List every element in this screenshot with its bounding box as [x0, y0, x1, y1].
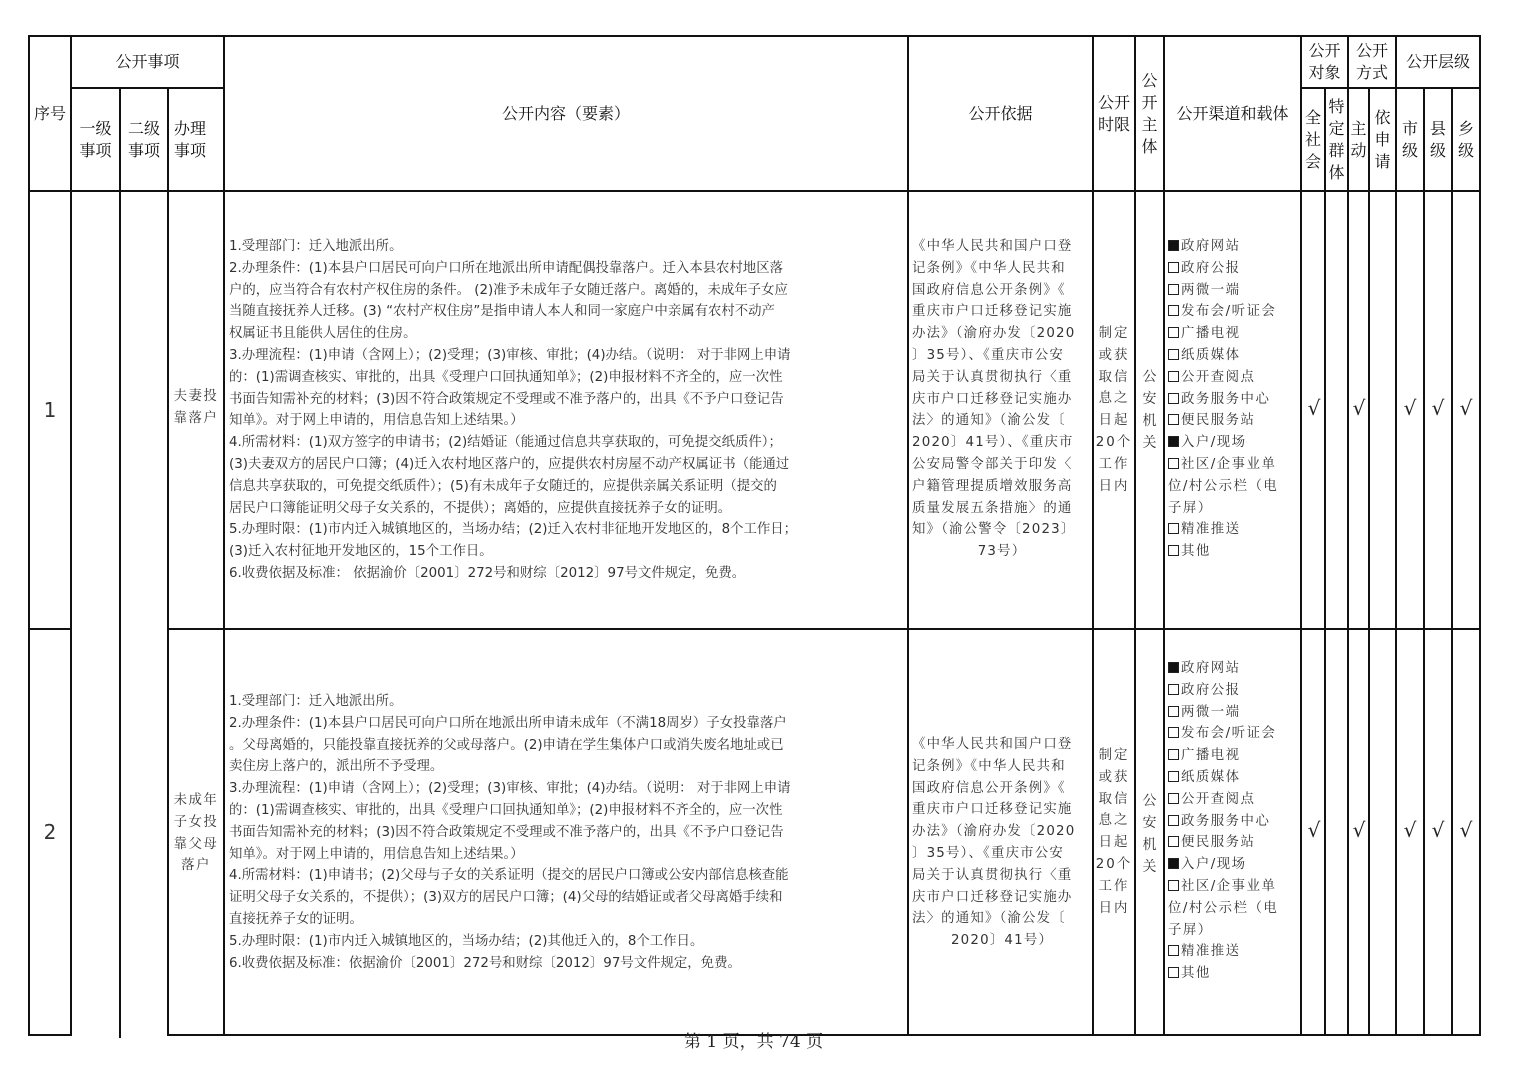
- header-level-town: 乡级: [1453, 89, 1479, 190]
- header-time-line1: 公开: [1098, 92, 1130, 114]
- content-line: 信息共享获取的，可免提交纸质件）；(5)有未成年子女随迁的，应提供亲属关系证明（…: [229, 476, 797, 498]
- header-bottom-border: [28, 190, 1481, 192]
- header-active-c1: 主: [1350, 118, 1366, 140]
- subject-char: 安: [1136, 812, 1163, 834]
- time-line: 日内: [1094, 898, 1134, 920]
- unchecked-box-icon: [1168, 836, 1179, 847]
- basis-line: 办法》（渝府办发〔2020: [912, 821, 1092, 843]
- basis-line: 〕35号）、《重庆市公安: [912, 345, 1092, 367]
- subject-char: 机: [1136, 834, 1163, 856]
- header-level: 公开层级: [1397, 37, 1479, 87]
- content-line: 1.受理部门：迁入地派出所。: [229, 236, 797, 258]
- basis-line: 重庆市户口迁移登记实施: [912, 301, 1092, 323]
- content-line: 知单》。对于网上申请的，用信息告知上述结果。）: [229, 844, 791, 866]
- unchecked-box-icon: [1168, 393, 1179, 404]
- header-method-line2: 方式: [1356, 62, 1388, 84]
- basis-line: 公安局警令部关于印发〈: [912, 454, 1092, 476]
- header-request-c2: 申: [1374, 129, 1390, 151]
- channel-item: 精准推送: [1168, 941, 1300, 963]
- channel-label: 两微一端: [1181, 283, 1241, 298]
- channel-label: 广播电视: [1181, 748, 1241, 763]
- content-line: 证明父母子女关系的，不提供）；(3)双方的居民户口簿；(4)父母的结婚证或者父母…: [229, 887, 791, 909]
- channel-label: 政务服务中心: [1181, 392, 1270, 407]
- unchecked-box-icon: [1168, 684, 1179, 695]
- basis-line: 知》（渝公警令〔2023〕: [912, 519, 1092, 541]
- content-line: (3)夫妻双方的居民户口簿；(4)迁入农村地区落户的，应提供农村房屋不动产权属证…: [229, 454, 797, 476]
- channel-label-cont: 子屏）: [1168, 920, 1300, 942]
- channel-item: 广播电视: [1168, 323, 1300, 345]
- header-handle-line2: 事项: [174, 140, 206, 162]
- row-time-limit: 制定 或获 取信 息之 日起 20个 工作 日内: [1094, 745, 1134, 919]
- basis-line: 办法》（渝府办发〔2020: [912, 323, 1092, 345]
- content-line: 知单》。对于网上申请的，用信息告知上述结果。）: [229, 410, 797, 432]
- header-spec-c3: 群: [1328, 140, 1344, 162]
- channel-label: 公开查阅点: [1181, 792, 1255, 807]
- subject-char: 关: [1136, 856, 1163, 878]
- channel-item: 公开查阅点: [1168, 789, 1300, 811]
- basis-line: 法〉的通知》（渝公发〔: [912, 908, 1092, 930]
- basis-line: 2020〕41号）: [912, 930, 1092, 952]
- basis-line: 庆市户口迁移登记实施办: [912, 389, 1092, 411]
- header-level1-line1: 一级: [79, 118, 111, 140]
- bottom-border-seq: [28, 1034, 72, 1036]
- header-handle: 办理事项: [169, 89, 211, 190]
- header-content: 公开内容（要素）: [225, 37, 907, 190]
- check-mark-all-society: √: [1302, 396, 1326, 420]
- channel-label: 公开查阅点: [1181, 370, 1255, 385]
- channel-label: 入户/现场: [1181, 435, 1247, 450]
- channel-item: 精准推送: [1168, 519, 1300, 541]
- row-seq: 1: [29, 398, 71, 422]
- content-line: 1.受理部门：迁入地派出所。: [229, 691, 791, 713]
- basis-line: 〕35号）、《重庆市公安: [912, 843, 1092, 865]
- header-city-c2: 级: [1402, 140, 1418, 162]
- basis-line: 《中华人民共和国户口登: [912, 236, 1092, 258]
- subject-char: 关: [1136, 432, 1163, 454]
- time-line: 日起: [1094, 832, 1134, 854]
- row-handle-matter: 夫妻投 靠落户: [169, 386, 223, 430]
- basis-line: 73号）: [912, 541, 1092, 563]
- handle-line: 子女投: [169, 812, 223, 834]
- time-line: 工作: [1094, 876, 1134, 898]
- header-level2-line2: 事项: [128, 140, 160, 162]
- content-line: 4.所需材料：(1)申请书；(2)父母与子女的关系证明（提交的居民户口簿或公安内…: [229, 865, 791, 887]
- check-mark-town: √: [1454, 818, 1478, 842]
- channel-label: 政府网站: [1181, 239, 1241, 254]
- basis-line: 质量发展五条措施〉的通: [912, 498, 1092, 520]
- header-spec-c2: 定: [1328, 118, 1344, 140]
- header-request-c1: 依: [1374, 107, 1390, 129]
- checked-box-icon: [1168, 662, 1179, 673]
- unchecked-box-icon: [1168, 414, 1179, 425]
- content-line: 3.办理流程：(1)申请（含网上）；(2)受理；(3)审核、审批；(4)办结。（…: [229, 345, 797, 367]
- content-line: 6.收费依据及标准： 依据渝价〔2001〕272号和财综〔2012〕97号文件规…: [229, 563, 797, 585]
- header-channels: 公开渠道和载体: [1165, 37, 1300, 190]
- header-method-active: 主动: [1349, 89, 1368, 190]
- header-all-c1: 全: [1305, 107, 1321, 129]
- content-line: 居民户口簿能证明父母子女关系的，不提供）；离婚的，应提供直接抚养子女的证明。: [229, 498, 797, 520]
- row-content: 1.受理部门：迁入地派出所。 2.办理条件：(1)本县户口居民可向户口所在地派出…: [229, 236, 797, 585]
- col-border-level2: [167, 88, 169, 1036]
- basis-line: 重庆市户口迁移登记实施: [912, 799, 1092, 821]
- header-audience-specific: 特定群体: [1326, 89, 1347, 190]
- checked-box-icon: [1168, 858, 1179, 869]
- handle-line: 靠落户: [169, 408, 223, 430]
- header-subject: 公开主体: [1136, 37, 1163, 190]
- content-line: 的：(1)需调查核实、审批的，出具《受理户口回执通知单》；(2)申报材料不齐全的…: [229, 800, 791, 822]
- channel-label: 精准推送: [1181, 944, 1241, 959]
- row-time-limit: 制定 或获 取信 息之 日起 20个 工作 日内: [1094, 323, 1134, 497]
- content-line: 3.办理流程：(1)申请（含网上）；(2)受理；(3)审核、审批；(4)办结。（…: [229, 778, 791, 800]
- col-border-active: [1368, 88, 1370, 1036]
- header-time-line2: 时限: [1098, 114, 1130, 136]
- header-public-matters: 公开事项: [72, 37, 223, 87]
- content-line: 直接抚养子女的证明。: [229, 909, 791, 931]
- unchecked-box-icon: [1168, 371, 1179, 382]
- time-line: 日起: [1094, 410, 1134, 432]
- header-subject-c1: 公: [1141, 70, 1157, 92]
- col-border-city: [1423, 88, 1425, 1036]
- channel-item: 其他: [1168, 963, 1300, 985]
- header-audience-line1: 公开: [1308, 40, 1340, 62]
- channel-item: 纸质媒体: [1168, 345, 1300, 367]
- time-line: 20个: [1094, 854, 1134, 876]
- basis-line: 2020〕41号）、《重庆市: [912, 432, 1092, 454]
- unchecked-box-icon: [1168, 727, 1179, 738]
- subject-char: 安: [1136, 388, 1163, 410]
- header-level1: 一级事项: [72, 89, 119, 190]
- header-seq: 序号: [30, 37, 70, 190]
- time-line: 取信: [1094, 367, 1134, 389]
- row-basis: 《中华人民共和国户口登 记条例》《中华人民共和 国政府信息公开条例》《 重庆市户…: [912, 236, 1092, 563]
- header-handle-line1: 办理: [174, 118, 206, 140]
- header-request-c3: 请: [1374, 151, 1390, 173]
- row-content: 1.受理部门：迁入地派出所。 2.办理条件：(1)本县户口居民可向户口所在地派出…: [229, 691, 791, 974]
- channel-label: 纸质媒体: [1181, 348, 1241, 363]
- check-mark-city: √: [1398, 818, 1422, 842]
- time-line: 日内: [1094, 476, 1134, 498]
- content-line: 的：(1)需调查核实、审批的，出具《受理户口回执通知单》；(2)申报材料不齐全的…: [229, 367, 797, 389]
- channel-label: 便民服务站: [1181, 835, 1255, 850]
- channel-label: 发布会/听证会: [1181, 304, 1276, 319]
- channel-item: 公开查阅点: [1168, 367, 1300, 389]
- unchecked-box-icon: [1168, 815, 1179, 826]
- unchecked-box-icon: [1168, 327, 1179, 338]
- check-mark-active: √: [1347, 396, 1371, 420]
- channel-item: 入户/现场: [1168, 432, 1300, 454]
- channel-item: 纸质媒体: [1168, 767, 1300, 789]
- row-divider-seq: [28, 628, 72, 630]
- channel-item: 广播电视: [1168, 745, 1300, 767]
- content-line: 当随直接抚养人迁移。(3) “农村产权住房”是指申请人本人和同一家庭户中亲属有农…: [229, 301, 797, 323]
- channel-label-cont: 位/村公示栏（电: [1168, 898, 1300, 920]
- channel-label: 政务服务中心: [1181, 814, 1270, 829]
- unchecked-box-icon: [1168, 458, 1179, 469]
- check-mark-county: √: [1426, 396, 1450, 420]
- unchecked-box-icon: [1168, 880, 1179, 891]
- col-border-county: [1451, 88, 1453, 1036]
- content-line: 6.收费依据及标准：依据渝价〔2001〕272号和财综〔2012〕97号文件规定…: [229, 953, 791, 975]
- subject-char: 公: [1136, 790, 1163, 812]
- header-time-limit: 公开时限: [1094, 37, 1134, 190]
- row-subject: 公 安 机 关: [1136, 790, 1163, 878]
- channel-item: 便民服务站: [1168, 832, 1300, 854]
- basis-line: 国政府信息公开条例》《: [912, 778, 1092, 800]
- channel-item: 社区/企事业单: [1168, 876, 1300, 898]
- unchecked-box-icon: [1168, 706, 1179, 717]
- time-line: 或获: [1094, 767, 1134, 789]
- content-line: 卖住房上落户的，派出所不予受理。: [229, 756, 791, 778]
- row-seq: 2: [29, 820, 71, 844]
- row-basis: 《中华人民共和国户口登 记条例》《中华人民共和 国政府信息公开条例》《 重庆市户…: [912, 734, 1092, 952]
- header-town-c1: 乡: [1458, 118, 1474, 140]
- channel-item: 入户/现场: [1168, 854, 1300, 876]
- header-county-c2: 级: [1430, 140, 1446, 162]
- check-mark-county: √: [1426, 818, 1450, 842]
- channel-label-cont: 位/村公示栏（电: [1168, 476, 1300, 498]
- channel-label: 便民服务站: [1181, 413, 1255, 428]
- header-county-c1: 县: [1430, 118, 1446, 140]
- basis-line: 庆市户口迁移登记实施办: [912, 887, 1092, 909]
- handle-line: 夫妻投: [169, 386, 223, 408]
- unchecked-box-icon: [1168, 771, 1179, 782]
- time-line: 取信: [1094, 789, 1134, 811]
- content-line: 2.办理条件：(1)本县户口居民可向户口所在地派出所申请未成年（不满18周岁）子…: [229, 713, 791, 735]
- header-all-c3: 会: [1305, 151, 1321, 173]
- header-level2: 二级事项: [121, 89, 167, 190]
- header-town-c2: 级: [1458, 140, 1474, 162]
- channel-item: 两微一端: [1168, 702, 1300, 724]
- content-line: 权属证书且能供人居住的住房。: [229, 323, 797, 345]
- col-border-right: [1479, 35, 1481, 1036]
- channel-item: 便民服务站: [1168, 410, 1300, 432]
- subject-char: 公: [1136, 366, 1163, 388]
- unchecked-box-icon: [1168, 793, 1179, 804]
- time-line: 息之: [1094, 810, 1134, 832]
- bottom-border-main: [167, 1034, 1481, 1036]
- basis-line: 法〉的通知》（渝公发〔: [912, 410, 1092, 432]
- content-line: 5.办理时限：(1)市内迁入城镇地区的，当场办结；(2)其他迁入的，8个工作日。: [229, 931, 791, 953]
- check-mark-town: √: [1454, 396, 1478, 420]
- check-mark-all-society: √: [1302, 818, 1326, 842]
- handle-line: 落户: [169, 855, 223, 877]
- channel-label: 广播电视: [1181, 326, 1241, 341]
- unchecked-box-icon: [1168, 945, 1179, 956]
- channel-item: 政务服务中心: [1168, 389, 1300, 411]
- time-line: 制定: [1094, 745, 1134, 767]
- content-line: 2.办理条件：(1)本县户口居民可向户口所在地派出所申请配偶投靠落户。迁入本县农…: [229, 258, 797, 280]
- basis-line: 《中华人民共和国户口登: [912, 734, 1092, 756]
- header-subject-c3: 主: [1141, 114, 1157, 136]
- check-mark-city: √: [1398, 396, 1422, 420]
- header-all-c2: 社: [1305, 129, 1321, 151]
- channel-item: 政府网站: [1168, 658, 1300, 680]
- unchecked-box-icon: [1168, 749, 1179, 760]
- channel-item: 其他: [1168, 541, 1300, 563]
- basis-line: 局关于认真贯彻执行〈重: [912, 865, 1092, 887]
- header-level-city: 市级: [1397, 89, 1423, 190]
- row-handle-matter: 未成年 子女投 靠父母 落户: [169, 790, 223, 877]
- unchecked-box-icon: [1168, 523, 1179, 534]
- unchecked-box-icon: [1168, 967, 1179, 978]
- channel-label: 入户/现场: [1181, 857, 1247, 872]
- unchecked-box-icon: [1168, 545, 1179, 556]
- col-border-level1: [119, 88, 121, 1038]
- basis-line: 国政府信息公开条例》《: [912, 280, 1092, 302]
- header-subject-c4: 体: [1141, 136, 1157, 158]
- channel-item: 社区/企事业单: [1168, 454, 1300, 476]
- row-channels: 政府网站 政府公报 两微一端 发布会/听证会 广播电视 纸质媒体 公开查阅点 政…: [1168, 658, 1300, 985]
- row-subject: 公 安 机 关: [1136, 366, 1163, 454]
- header-level2-line1: 二级: [128, 118, 160, 140]
- content-line: 4.所需材料：(1)双方签字的申请书；(2)结婚证（能通过信息共享获取的，可免提…: [229, 432, 797, 454]
- channel-label: 发布会/听证会: [1181, 726, 1276, 741]
- channel-label: 精准推送: [1181, 522, 1241, 537]
- channel-label: 社区/企事业单: [1181, 879, 1276, 894]
- basis-line: 局关于认真贯彻执行〈重: [912, 367, 1092, 389]
- row-divider-main: [167, 628, 1481, 630]
- basis-line: 户籍管理提质增效服务高: [912, 476, 1092, 498]
- subject-char: 机: [1136, 410, 1163, 432]
- handle-line: 未成年: [169, 790, 223, 812]
- header-audience-line2: 对象: [1308, 62, 1340, 84]
- channel-label: 政府网站: [1181, 661, 1241, 676]
- channel-label: 纸质媒体: [1181, 770, 1241, 785]
- time-line: 息之: [1094, 388, 1134, 410]
- content-line: 户的，应当符合有农村产权住房的条件。 (2)准予未成年子女随迁落户。离婚的，未成…: [229, 280, 797, 302]
- header-spec-c1: 特: [1328, 96, 1344, 118]
- handle-line: 靠父母: [169, 834, 223, 856]
- unchecked-box-icon: [1168, 349, 1179, 360]
- checked-box-icon: [1168, 240, 1179, 251]
- content-line: 5.办理时限：(1)市内迁入城镇地区的，当场办结；(2)迁入农村非征地开发地区的…: [229, 519, 797, 541]
- channel-label: 社区/企事业单: [1181, 457, 1276, 472]
- header-level-county: 县级: [1425, 89, 1451, 190]
- channel-item: 政府公报: [1168, 680, 1300, 702]
- header-method-request: 依申请: [1370, 89, 1395, 190]
- header-audience: 公开对象: [1302, 37, 1347, 87]
- header-city-c1: 市: [1402, 118, 1418, 140]
- content-line: (3)迁入农村征地开发地区的，15个工作日。: [229, 541, 797, 563]
- channel-item: 政府网站: [1168, 236, 1300, 258]
- checked-box-icon: [1168, 436, 1179, 447]
- basis-line: 记条例》《中华人民共和: [912, 258, 1092, 280]
- content-line: 书面告知需补充的材料；(3)因不符合政策规定不受理或不准予落户的，出具《不予户口…: [229, 389, 797, 411]
- channel-label: 政府公报: [1181, 683, 1241, 698]
- header-active-c2: 动: [1350, 140, 1366, 162]
- unchecked-box-icon: [1168, 305, 1179, 316]
- header-method-line1: 公开: [1356, 40, 1388, 62]
- content-line: 书面告知需补充的材料；(3)因不符合政策规定不受理或不准予落户的，出具《不予户口…: [229, 822, 791, 844]
- header-audience-all: 全社会: [1302, 89, 1324, 190]
- unchecked-box-icon: [1168, 284, 1179, 295]
- time-line: 20个: [1094, 432, 1134, 454]
- header-spec-c4: 体: [1328, 162, 1344, 184]
- header-basis: 公开依据: [909, 37, 1092, 190]
- row-channels: 政府网站 政府公报 两微一端 发布会/听证会 广播电视 纸质媒体 公开查阅点 政…: [1168, 236, 1300, 563]
- header-subject-c2: 开: [1141, 92, 1157, 114]
- time-line: 制定: [1094, 323, 1134, 345]
- check-mark-active: √: [1347, 818, 1371, 842]
- time-line: 或获: [1094, 345, 1134, 367]
- channel-label: 政府公报: [1181, 261, 1241, 276]
- time-line: 工作: [1094, 454, 1134, 476]
- content-line: 。父母离婚的，只能投靠直接抚养的父或母落户。(2)申请在学生集体户口或消失废名地…: [229, 735, 791, 757]
- channel-label-cont: 子屏）: [1168, 498, 1300, 520]
- channel-label: 其他: [1181, 544, 1211, 559]
- header-level1-line2: 事项: [79, 140, 111, 162]
- channel-item: 发布会/听证会: [1168, 723, 1300, 745]
- col-border-all: [1324, 88, 1326, 1036]
- unchecked-box-icon: [1168, 262, 1179, 273]
- channel-item: 政务服务中心: [1168, 811, 1300, 833]
- basis-line: 记条例》《中华人民共和: [912, 756, 1092, 778]
- channel-item: 政府公报: [1168, 258, 1300, 280]
- channel-label: 两微一端: [1181, 705, 1241, 720]
- channel-item: 两微一端: [1168, 280, 1300, 302]
- header-method: 公开方式: [1349, 37, 1395, 87]
- channel-label: 其他: [1181, 966, 1211, 981]
- page-number: 第 1 页，共 74 页: [684, 1027, 823, 1052]
- channel-item: 发布会/听证会: [1168, 301, 1300, 323]
